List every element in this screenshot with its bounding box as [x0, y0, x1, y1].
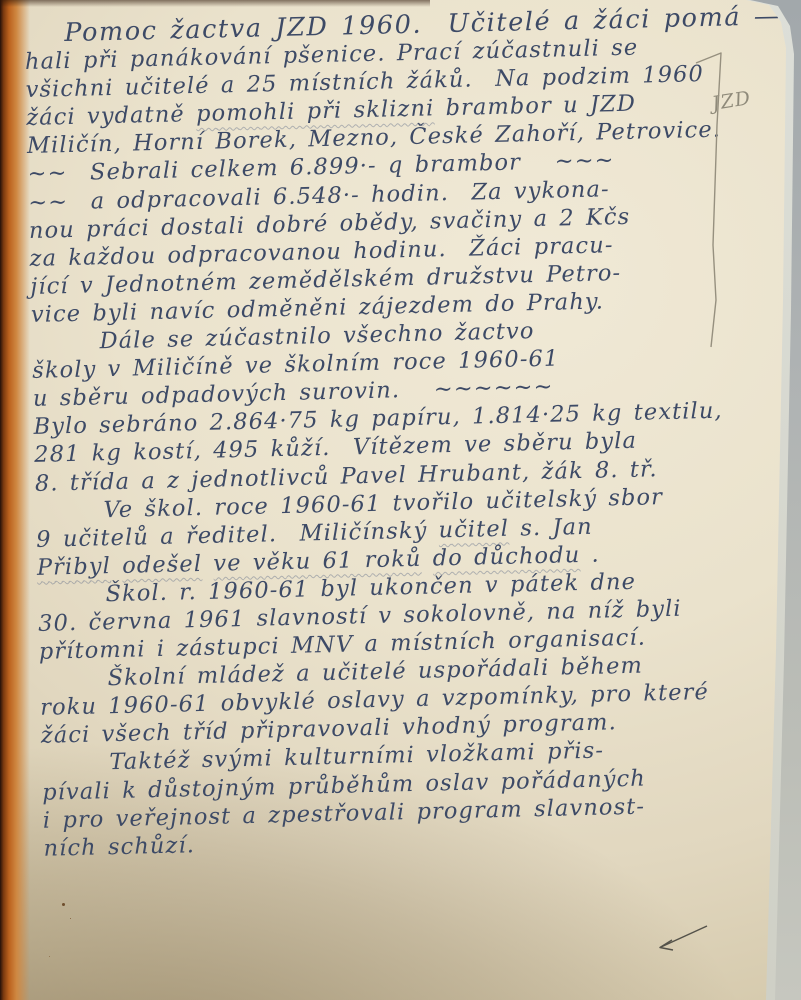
text-segment: brambor u JZD — [434, 91, 636, 122]
text-segment: . — [580, 541, 600, 567]
text-segment — [421, 545, 433, 571]
text-segment: do důchodu — [432, 542, 580, 571]
book-gutter-shadow — [0, 0, 30, 1000]
text-segment: odešel — [122, 551, 203, 579]
text-segment: žáci vydatně — [26, 101, 196, 131]
handwritten-text: Pomoc žactva JZD 1960. Učitelé a žáci po… — [24, 3, 784, 863]
photo-background: { "document": { "kind": "handwritten-chr… — [0, 0, 801, 1000]
chronicle-page: Pomoc žactva JZD 1960. Učitelé a žáci po… — [0, 0, 801, 1000]
text-segment: pomohli při sklizni — [196, 96, 435, 128]
text-segment: učitel — [438, 515, 509, 543]
paper-specks — [62, 903, 65, 906]
text-segment: ních schůzí. — [43, 832, 195, 862]
text-segment: ve věku 61 roků — [213, 546, 422, 577]
page-top-shadow — [0, 0, 430, 7]
pencil-arrow — [660, 926, 707, 950]
text-segment: Přibyl — [37, 553, 112, 581]
text-segment: s. Jan — [509, 513, 593, 541]
